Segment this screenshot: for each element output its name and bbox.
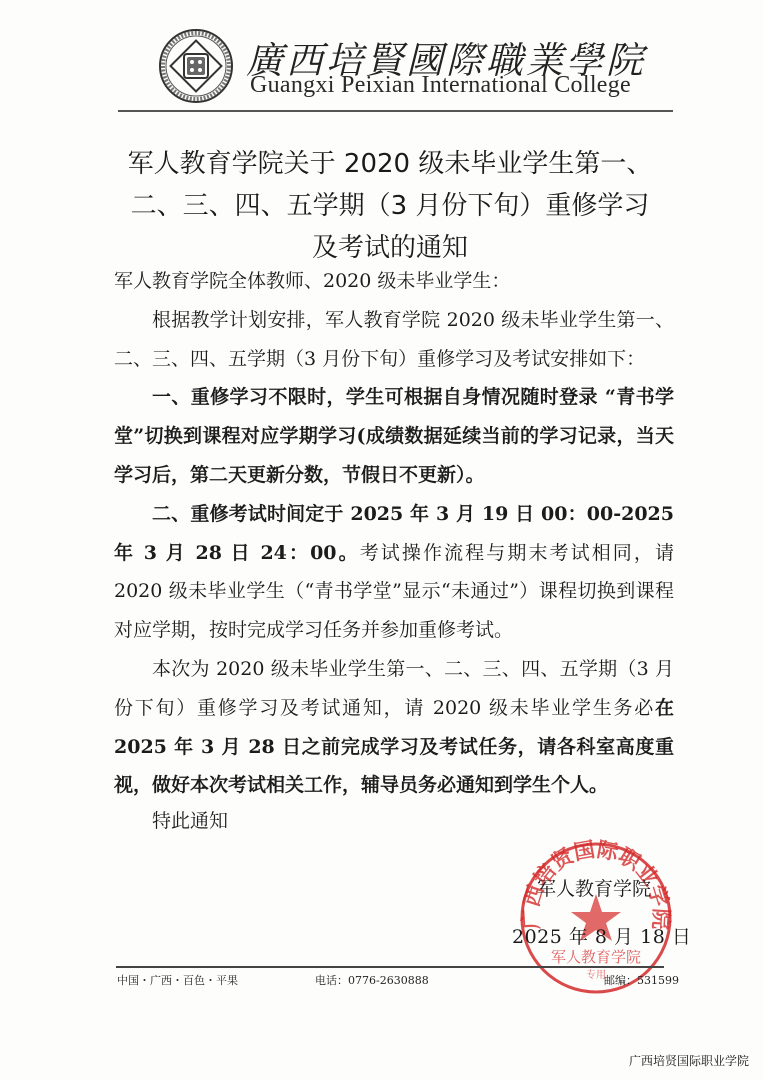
title-line-2: 二、三、四、五学期（3 月份下旬）重修学习	[100, 185, 680, 227]
footer-phone: 电话：0776-2630888	[315, 972, 429, 988]
salutation: 军人教育学院全体教师、2020 级未毕业学生：	[114, 262, 674, 301]
source-watermark: 广西培贤国际职业学院	[629, 1052, 749, 1069]
college-name-english: Guangxi Peixian International College	[250, 72, 631, 99]
document-page: 廣西培賢國際職業學院 Guangxi Peixian International…	[0, 0, 763, 1080]
item-2-paragraph: 二、重修考试时间定于 2025 年 3 月 19 日 00：00-2025 年 …	[114, 495, 674, 650]
item-1-paragraph: 一、重修学习不限时，学生可根据自身情况随时登录 “青书学堂”切换到课程对应学期学…	[114, 378, 674, 494]
signature-organization: 军人教育学院	[537, 874, 651, 901]
notice-text: 本次为 2020 级未毕业学生第一、二、三、四、五学期（3 月份下旬）重修学习及…	[114, 658, 674, 719]
signature-date: 2025 年 8 月 18 日	[512, 922, 691, 949]
footer-divider	[116, 966, 664, 968]
intro-paragraph: 根据教学计划安排，军人教育学院 2020 级未毕业学生第一、二、三、四、五学期（…	[114, 301, 674, 379]
title-line-1: 军人教育学院关于 2020 级未毕业学生第一、	[100, 143, 680, 185]
college-emblem-icon	[158, 28, 234, 104]
document-title: 军人教育学院关于 2020 级未毕业学生第一、 二、三、四、五学期（3 月份下旬…	[100, 143, 680, 269]
footer-postcode: 邮编：531599	[604, 972, 679, 988]
footer-location: 中国・广西・百色・平果	[117, 972, 238, 988]
closing-remark: 特此通知	[152, 806, 228, 833]
letterhead: 廣西培賢國際職業學院 Guangxi Peixian International…	[150, 20, 630, 110]
document-body: 军人教育学院全体教师、2020 级未毕业学生： 根据教学计划安排，军人教育学院 …	[114, 262, 674, 805]
svg-text:专用: 专用	[586, 968, 606, 981]
header-divider	[118, 110, 673, 112]
notice-paragraph: 本次为 2020 级未毕业学生第一、二、三、四、五学期（3 月份下旬）重修学习及…	[114, 650, 674, 805]
svg-text:军人教育学院: 军人教育学院	[551, 948, 641, 966]
